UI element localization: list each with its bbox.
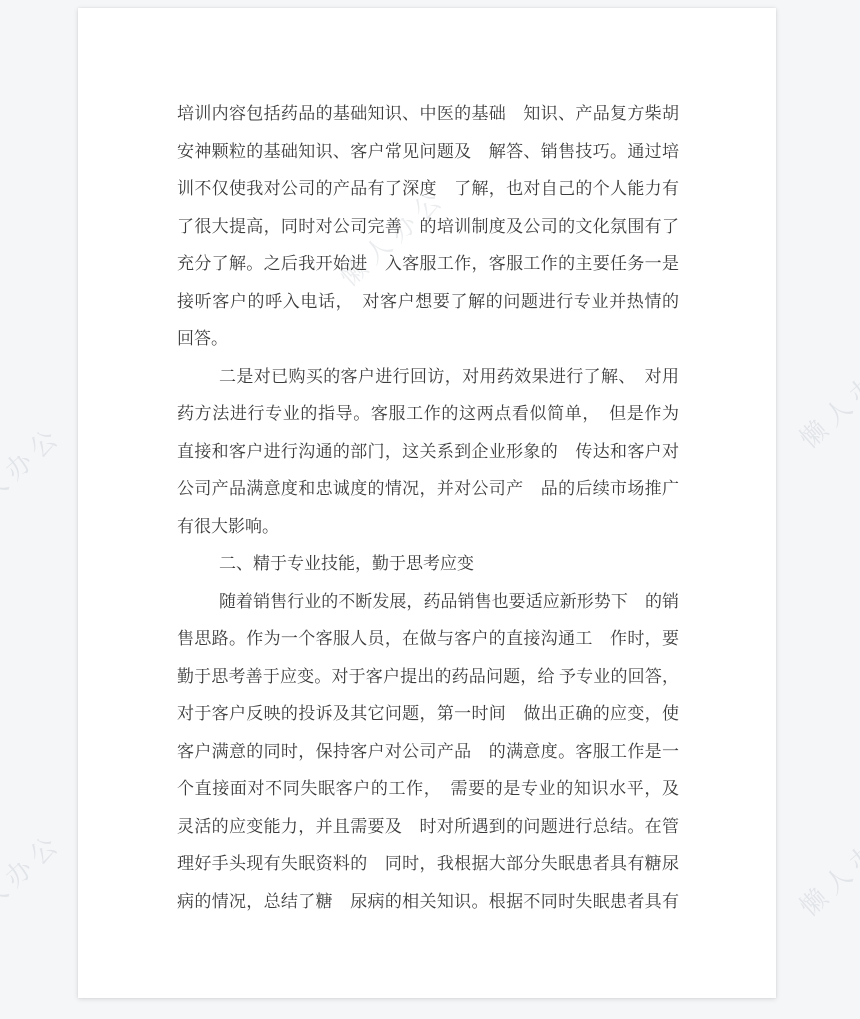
text-line: 对于客户反映的投诉及其它问题，第一时间 做出正确的应变，使	[177, 695, 679, 733]
text-line: 安神颗粒的基础知识、客户常见问题及 解答、销售技巧。通过培	[177, 133, 679, 171]
document-text: 培训内容包括药品的基础知识、中医的基础 知识、产品复方柴胡安神颗粒的基础知识、客…	[177, 95, 679, 920]
text-line: 售思路。作为一个客服人员，在做与客户的直接沟通工 作时，要	[177, 620, 679, 658]
text-line: 充分了解。之后我开始进 入客服工作，客服工作的主要任务一是	[177, 245, 679, 283]
text-line: 回答。	[177, 320, 679, 358]
text-line: 理好手头现有失眠资料的 同时，我根据大部分失眠患者具有糖尿	[177, 845, 679, 883]
text-line: 了很大提高，同时对公司完善 的培训制度及公司的文化氛围有了	[177, 208, 679, 246]
text-line: 训不仅使我对公司的产品有了深度 了解，也对自己的个人能力有	[177, 170, 679, 208]
text-line: 客户满意的同时，保持客户对公司产品 的满意度。客服工作是一	[177, 733, 679, 771]
watermark-text: 懒人办公	[0, 823, 69, 939]
text-line: 个直接面对不同失眠客户的工作， 需要的是专业的知识水平，及	[177, 770, 679, 808]
text-line: 灵活的应变能力，并且需要及 时对所遇到的问题进行总结。在管	[177, 808, 679, 846]
document-page: 培训内容包括药品的基础知识、中医的基础 知识、产品复方柴胡安神颗粒的基础知识、客…	[78, 8, 776, 998]
text-line: 有很大影响。	[177, 508, 679, 546]
watermark-text: 懒人办公	[791, 340, 860, 456]
text-line: 二是对已购买的客户进行回访，对用药效果进行了解、 对用	[177, 358, 679, 396]
text-line: 直接和客户进行沟通的部门，这关系到企业形象的 传达和客户对	[177, 433, 679, 471]
text-line: 公司产品满意度和忠诚度的情况，并对公司产 品的后续市场推广	[177, 470, 679, 508]
text-line: 接听客户的呼入电话， 对客户想要了解的问题进行专业并热情的	[177, 283, 679, 321]
text-line: 药方法进行专业的指导。客服工作的这两点看似简单， 但是作为	[177, 395, 679, 433]
text-line: 随着销售行业的不断发展，药品销售也要适应新形势下 的销	[177, 583, 679, 621]
text-line: 培训内容包括药品的基础知识、中医的基础 知识、产品复方柴胡	[177, 95, 679, 133]
text-line: 勤于思考善于应变。对于客户提出的药品问题，给 予专业的回答，	[177, 658, 679, 696]
text-line: 病的情况，总结了糖 尿病的相关知识。根据不同时失眠患者具有	[177, 883, 679, 921]
watermark-text: 懒人办公	[791, 808, 860, 924]
watermark-text: 懒人办公	[0, 416, 69, 532]
document-viewer: 培训内容包括药品的基础知识、中医的基础 知识、产品复方柴胡安神颗粒的基础知识、客…	[0, 0, 860, 1019]
text-line: 二、精于专业技能，勤于思考应变	[177, 545, 679, 583]
